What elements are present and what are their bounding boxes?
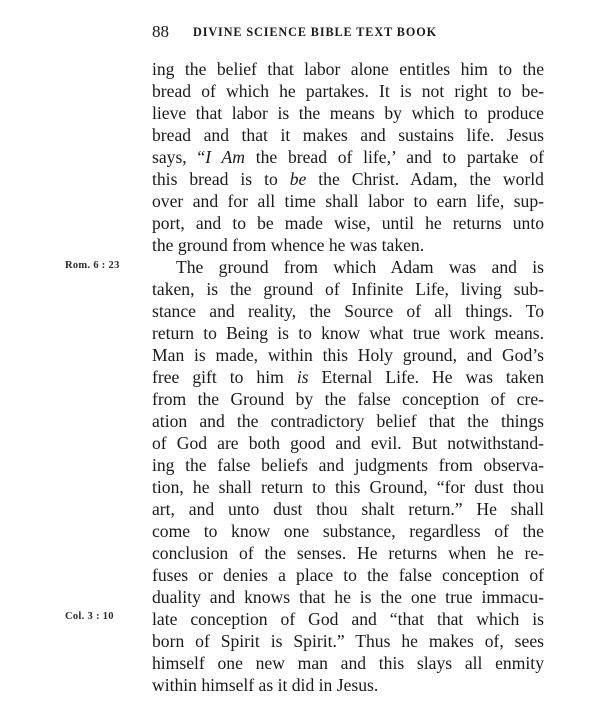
italic-text: be	[290, 169, 307, 189]
text-line: lieve that labor is the means by which t…	[152, 102, 544, 124]
text-line: of God are both good and evil. But notwi…	[152, 432, 544, 454]
italic-text: I Am	[205, 147, 245, 167]
text-segment: says, “	[152, 147, 205, 167]
text-line: taken, is the ground of Infinite Life, l…	[152, 278, 544, 300]
text-line: ation and the contradictory belief that …	[152, 410, 544, 432]
text-line: come to know one substance, regardless o…	[152, 520, 544, 542]
text-line: over and for all time shall labor to ear…	[152, 190, 544, 212]
text-segment: the Christ. Adam, the world	[306, 169, 544, 189]
text-line: art, and unto dust thou shalt return.” H…	[152, 498, 544, 520]
text-segment: Eternal Life. He was taken	[309, 367, 544, 387]
paragraph-1: ing the belief that labor alone entitles…	[152, 58, 544, 256]
text-segment: free gift to him	[152, 367, 297, 387]
body-text: ing the belief that labor alone entitles…	[152, 58, 544, 696]
text-line: ing the belief that labor alone entitles…	[152, 58, 544, 80]
text-line: The ground from which Adam was and is	[152, 256, 544, 278]
text-line: ing the false beliefs and judgments from…	[152, 454, 544, 476]
text-segment: this bread is to	[152, 169, 290, 189]
text-line: bread and that it makes and sustains lif…	[152, 124, 544, 146]
text-line: late conception of God and “that that wh…	[152, 608, 544, 630]
text-line: this bread is to be the Christ. Adam, th…	[152, 168, 544, 190]
text-line: return to Being is to know what true wor…	[152, 322, 544, 344]
text-line: stance and reality, the Source of all th…	[152, 300, 544, 322]
text-line: within himself as it did in Jesus.	[152, 674, 544, 696]
margin-note-col-3-10: Col. 3 : 10	[65, 611, 114, 622]
text-line: port, and to be made wise, until he retu…	[152, 212, 544, 234]
text-line: says, “I Am the bread of life,’ and to p…	[152, 146, 544, 168]
text-line: duality and knows that he is the one tru…	[152, 586, 544, 608]
text-line: bread of which he partakes. It is not ri…	[152, 80, 544, 102]
margin-note-rom-6-23: Rom. 6 : 23	[65, 260, 120, 271]
italic-text: is	[297, 367, 309, 387]
page-number: 88	[152, 22, 169, 42]
running-head: 88 DIVINE SCIENCE BIBLE TEXT BOOK	[152, 22, 544, 42]
text-line: himself one new man and this slays all e…	[152, 652, 544, 674]
text-line: born of Spirit is Spirit.” Thus he makes…	[152, 630, 544, 652]
text-line: the ground from whence he was taken.	[152, 234, 544, 256]
text-line: tion, he shall return to this Ground, “f…	[152, 476, 544, 498]
book-page: 88 DIVINE SCIENCE BIBLE TEXT BOOK Rom. 6…	[0, 0, 600, 709]
text-line: fuses or denies a place to the false con…	[152, 564, 544, 586]
text-segment: the bread of life,’ and to partake of	[245, 147, 544, 167]
text-line: Man is made, within this Holy ground, an…	[152, 344, 544, 366]
text-line: conclusion of the senses. He returns whe…	[152, 542, 544, 564]
text-line: from the Ground by the false conception …	[152, 388, 544, 410]
text-line: free gift to him is Eternal Life. He was…	[152, 366, 544, 388]
running-title: DIVINE SCIENCE BIBLE TEXT BOOK	[193, 25, 437, 40]
paragraph-2: The ground from which Adam was and is ta…	[152, 256, 544, 696]
